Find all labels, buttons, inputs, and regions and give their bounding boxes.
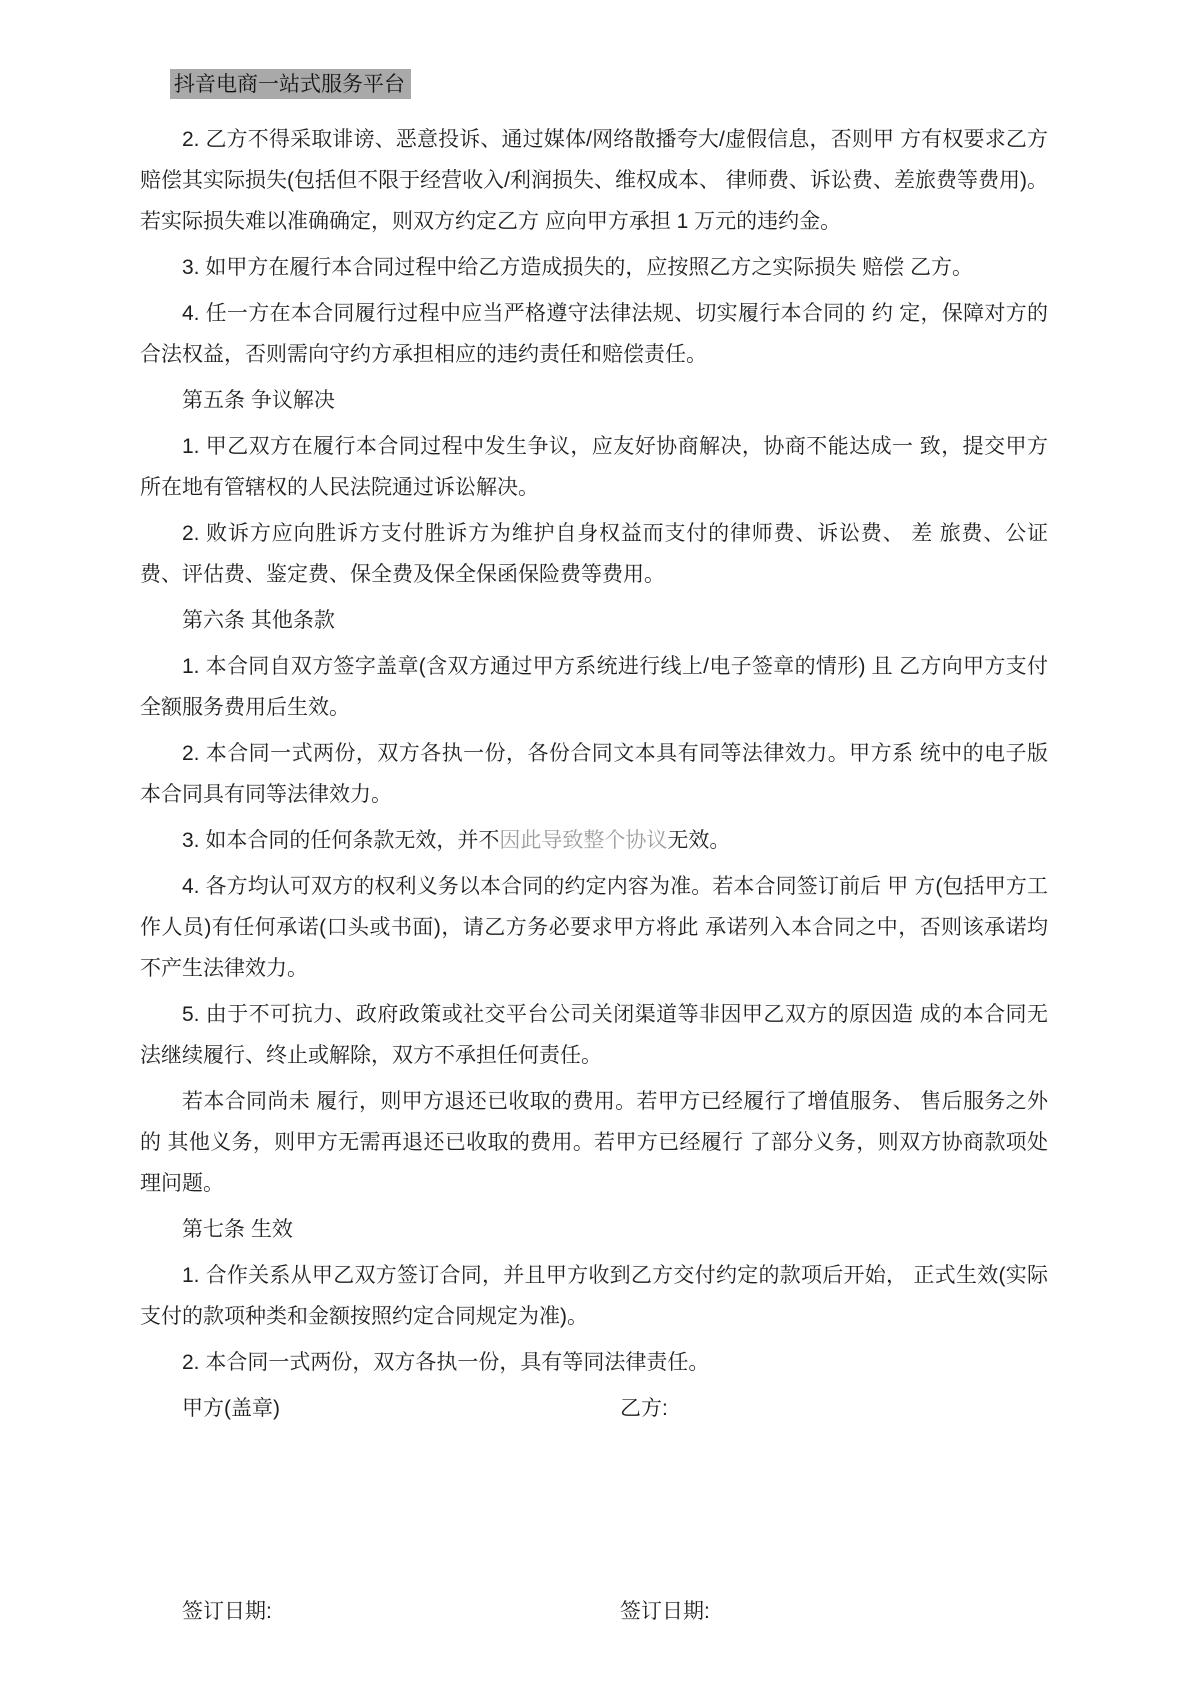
document-content: 抖音电商一站式服务平台 2. 乙方不得采取诽谤、恶意投诉、通过媒体/网络散播夸大… (140, 64, 1048, 1632)
section-heading: 第五条 争议解决 (140, 380, 1048, 421)
clause-text-segment: 无效。 (667, 829, 730, 852)
clause-paragraph-watermarked: 3. 如本合同的任何条款无效，并不因此导致整个协议无效。 (140, 820, 1048, 861)
contract-document-page: 抖音电商一站式服务平台 2. 乙方不得采取诽谤、恶意投诉、通过媒体/网络散播夸大… (0, 0, 1190, 1683)
party-b-signature-label: 乙方: (620, 1388, 668, 1429)
clause-paragraph: 5. 由于不可抗力、政府政策或社交平台公司关闭渠道等非因甲乙双方的原因造 成的本… (140, 994, 1048, 1076)
clause-paragraph: 2. 乙方不得采取诽谤、恶意投诉、通过媒体/网络散播夸大/虚假信息，否则甲 方有… (140, 119, 1048, 242)
clause-paragraph: 4. 各方均认可双方的权利义务以本合同的约定内容为准。若本合同签订前后 甲 方(… (140, 866, 1048, 989)
title-line: 抖音电商一站式服务平台 (140, 64, 1048, 105)
clause-paragraph: 1. 合作关系从甲乙双方签订合同，并且甲方收到乙方交付约定的款项后开始， 正式生… (140, 1255, 1048, 1337)
clause-paragraph: 2. 本合同一式两份，双方各执一份，各份合同文本具有同等法律效力。甲方系 统中的… (140, 733, 1048, 815)
page-title: 抖音电商一站式服务平台 (170, 69, 411, 99)
clause-paragraph: 1. 本合同自双方签字盖章(含双方通过甲方系统进行线上/电子签章的情形) 且 乙… (140, 646, 1048, 728)
watermark-faded-text: 因此导致整个协议 (499, 829, 667, 852)
clause-paragraph: 2. 败诉方应向胜诉方支付胜诉方为维护自身权益而支付的律师费、诉讼费、 差 旅费… (140, 513, 1048, 595)
signature-row: 甲方(盖章) 乙方: (140, 1388, 1048, 1429)
party-a-signature-label: 甲方(盖章) (182, 1397, 280, 1420)
signing-date-row: 签订日期: 签订日期: (140, 1591, 1048, 1632)
clause-paragraph: 1. 甲乙双方在履行本合同过程中发生争议，应友好协商解决，协商不能达成一 致，提… (140, 426, 1048, 508)
clause-paragraph: 3. 如甲方在履行本合同过程中给乙方造成损失的，应按照乙方之实际损失 赔偿 乙方… (140, 247, 1048, 288)
section-heading: 第七条 生效 (140, 1209, 1048, 1250)
party-a-date-label: 签订日期: (182, 1600, 272, 1623)
section-heading: 第六条 其他条款 (140, 600, 1048, 641)
party-b-date-label: 签订日期: (620, 1591, 710, 1632)
clause-paragraph: 若本合同尚未 履行，则甲方退还已收取的费用。若甲方已经履行了增值服务、 售后服务… (140, 1081, 1048, 1204)
clause-text-segment: 3. 如本合同的任何条款无效，并不 (182, 829, 499, 852)
clause-paragraph: 4. 任一方在本合同履行过程中应当严格遵守法律法规、切实履行本合同的 约 定，保… (140, 293, 1048, 375)
clause-paragraph: 2. 本合同一式两份，双方各执一份，具有等同法律责任。 (140, 1342, 1048, 1383)
